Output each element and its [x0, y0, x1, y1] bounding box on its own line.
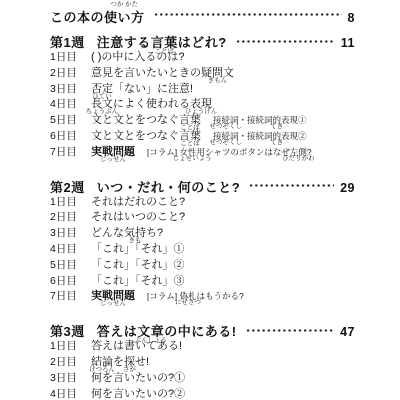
text-segment: ・接続詞 [239, 114, 273, 126]
text-segment: 言葉ことば [179, 111, 201, 127]
text-segment: 的てき [273, 114, 282, 126]
day-label: 5日目 [50, 112, 84, 127]
text-segment: 長文ちょうぶん [91, 95, 113, 111]
text-segment: 表現② [281, 130, 307, 142]
toc-item: 3日目何を言いたいの?① [50, 369, 355, 385]
text-segment: 探さが [124, 353, 135, 369]
item-text: 否定ひてい「ない」に注意! [91, 80, 193, 96]
page-number: 47 [340, 325, 355, 339]
text-segment: 表現ひょうげん [190, 95, 212, 111]
text-segment: ・接続詞 [239, 130, 273, 142]
item-text: 長文ちょうぶんによく使われる表現ひょうげん [91, 95, 212, 111]
toc-item: 6日目文と文とをつなぐ言葉ことば接続詞せつぞくし・接続詞的てき表現② [50, 127, 355, 143]
day-label: 4日目 [50, 386, 84, 400]
text-segment: 言葉ことば [179, 127, 201, 143]
item-note: 接続詞せつぞくし・接続詞的てき表現② [213, 130, 307, 142]
toc-item: 2日目結論けつろんを探さがせ! [50, 353, 355, 369]
toc-section: 第3週答えは文章ぶんしょうの中にある!471日目答えは書いてある!2日目結論けつ… [50, 321, 355, 400]
item-text: 答えは書いてある! [91, 337, 182, 353]
day-label: 5日目 [50, 257, 84, 272]
dot-leader [249, 184, 334, 187]
text-segment: 否定ひてい [91, 80, 113, 96]
text-segment: 何を言いたいの?① [91, 369, 185, 385]
item-text: 文と文とをつなぐ言葉ことば [91, 111, 201, 127]
text-segment: 女性用じょせいよう [180, 146, 206, 158]
text-segment: 文と文とをつなぐ [91, 127, 179, 143]
text-segment: 「これ」「それ」② [91, 256, 185, 272]
toc-entry-intro: この本の使い方つか かた8 [50, 7, 355, 20]
section-heading: 第2週いつ・だれ・何のこと?29 [50, 177, 355, 193]
text-segment: それはいつのこと? [91, 208, 185, 224]
furigana: つか かた [110, 2, 138, 9]
day-label: 7日目 [50, 144, 84, 159]
item-text: 結論けつろんを探さがせ! [91, 353, 149, 369]
toc-item: 4日目長文ちょうぶんによく使われる表現ひょうげん [50, 95, 355, 111]
day-label: 3日目 [50, 370, 84, 385]
text-segment: 「これ」「それ」① [91, 240, 185, 256]
day-label: 3日目 [50, 225, 84, 240]
section-heading: 第1週注意する言葉ことばはどれ?11 [50, 32, 355, 48]
text-segment: 何を言いたいの?② [91, 385, 185, 400]
text-segment: ? [307, 147, 312, 157]
text-segment: 実戦問題じっせん [91, 287, 135, 303]
dot-leader [236, 40, 335, 43]
toc-section: 第1週注意する言葉ことばはどれ?111日目( )の中に入るのは?2日目意見を言い… [50, 32, 355, 159]
toc-item: 2日目意見を言いたいときの疑問文ぎもん [50, 64, 355, 80]
furigana: じっせん [100, 157, 126, 164]
toc-item: 4日目何を言いたいの?② [50, 385, 355, 400]
item-text: 「これ」「それ」② [91, 256, 185, 272]
item-text: 何を言いたいの?① [91, 369, 185, 385]
item-text: それはだれのこと? [91, 193, 185, 209]
item-text: どんな気持きもち? [91, 224, 163, 240]
item-text: 文と文とをつなぐ言葉ことば [91, 127, 201, 143]
text-segment: 使い方つか かた [104, 7, 145, 26]
text-segment: それはだれのこと? [91, 193, 185, 209]
text-segment: 左側ひだりがわ [290, 146, 307, 158]
text-segment: によく使われる [113, 95, 190, 111]
text-segment: 接続詞せつぞくし [213, 114, 239, 126]
entry-title: この本の使い方つか かた [50, 7, 145, 26]
toc-item: 4日目「これ」「それ」① [50, 240, 355, 256]
text-segment: 結論けつろん [91, 353, 113, 369]
text-segment: せ! [135, 353, 149, 369]
dot-leader [154, 13, 342, 16]
text-segment: シャツのボタンはなぜ [205, 146, 290, 158]
item-text: 「これ」「それ」③ [91, 272, 185, 288]
toc-item: 6日目「これ」「それ」③ [50, 272, 355, 288]
day-label: 4日目 [50, 96, 84, 111]
table-of-contents: この本の使い方つか かた8第1週注意する言葉ことばはどれ?111日目( )の中に… [0, 0, 400, 400]
text-segment: 表現① [281, 114, 307, 126]
dot-leader [246, 329, 334, 332]
furigana: じっせん [100, 301, 126, 308]
day-label: 7日目 [50, 288, 84, 303]
text-segment: 気持きも [124, 224, 146, 240]
item-text: 実戦問題じっせん [91, 143, 135, 159]
day-label: 6日目 [50, 273, 84, 288]
day-label: 1日目 [50, 338, 84, 353]
furigana: ぎもん [208, 78, 228, 85]
toc-item: 2日目それはいつのこと? [50, 208, 355, 224]
text-segment: 実戦問題じっせん [91, 143, 135, 159]
text-segment: この本の [50, 7, 104, 26]
text-segment: 答えは書いてある! [91, 337, 182, 353]
item-text: 何を言いたいの?② [91, 385, 185, 400]
toc-item: 5日目「これ」「それ」② [50, 256, 355, 272]
item-text: 意見を言いたいときの疑問文ぎもん [91, 64, 234, 80]
text-segment: はどれ? [178, 32, 227, 51]
item-note: [コラム] 女性用じょせいようシャツのボタンはなぜ左側ひだりがわ? [147, 146, 312, 158]
item-text: それはいつのこと? [91, 208, 185, 224]
day-label: 6日目 [50, 128, 84, 143]
text-segment: はもうかる? [197, 290, 244, 302]
text-segment: どんな [91, 224, 124, 240]
day-label: 2日目 [50, 354, 84, 369]
toc-item: 7日目実戦問題じっせん[コラム] 女性用じょせいようシャツのボタンはなぜ左側ひだ… [50, 143, 355, 159]
text-segment: 疑問文ぎもん [201, 64, 234, 80]
text-segment: ( )の中に入るのは? [91, 48, 185, 64]
toc-item: 3日目どんな気持きもち? [50, 224, 355, 240]
text-segment: 「これ」「それ」③ [91, 272, 185, 288]
text-segment: 偽札にせさつ [180, 290, 197, 302]
item-text: ( )の中に入るのは? [91, 48, 185, 64]
text-segment: ち? [146, 224, 163, 240]
text-segment: 的てき [273, 130, 282, 142]
day-label: 1日目 [50, 49, 84, 64]
text-segment: 文と文とをつなぐ [91, 111, 179, 127]
text-segment: 接続詞せつぞくし [213, 130, 239, 142]
day-label: 3日目 [50, 81, 84, 96]
toc-item: 7日目実戦問題じっせん[コラム] 偽札にせさつはもうかる? [50, 287, 355, 303]
section-heading: 第3週答えは文章ぶんしょうの中にある!47 [50, 321, 355, 337]
day-label: 1日目 [50, 194, 84, 209]
item-note: 接続詞せつぞくし・接続詞的てき表現① [213, 114, 307, 126]
text-segment: 「ない」に注意! [113, 80, 193, 96]
page-number: 29 [340, 181, 355, 195]
item-text: 実戦問題じっせん [91, 287, 135, 303]
page-number: 11 [341, 36, 355, 50]
toc-section: 第2週いつ・だれ・何のこと?291日目それはだれのこと?2日目それはいつのこと?… [50, 177, 355, 304]
text-segment: 意見を言いたいときの [91, 64, 201, 80]
day-label: 4日目 [50, 241, 84, 256]
item-text: 「これ」「それ」① [91, 240, 185, 256]
day-label: 2日目 [50, 209, 84, 224]
item-note: [コラム] 偽札にせさつはもうかる? [147, 290, 244, 302]
toc-item: 3日目否定ひてい「ない」に注意! [50, 80, 355, 96]
page-number: 8 [348, 11, 355, 25]
day-label: 2日目 [50, 65, 84, 80]
